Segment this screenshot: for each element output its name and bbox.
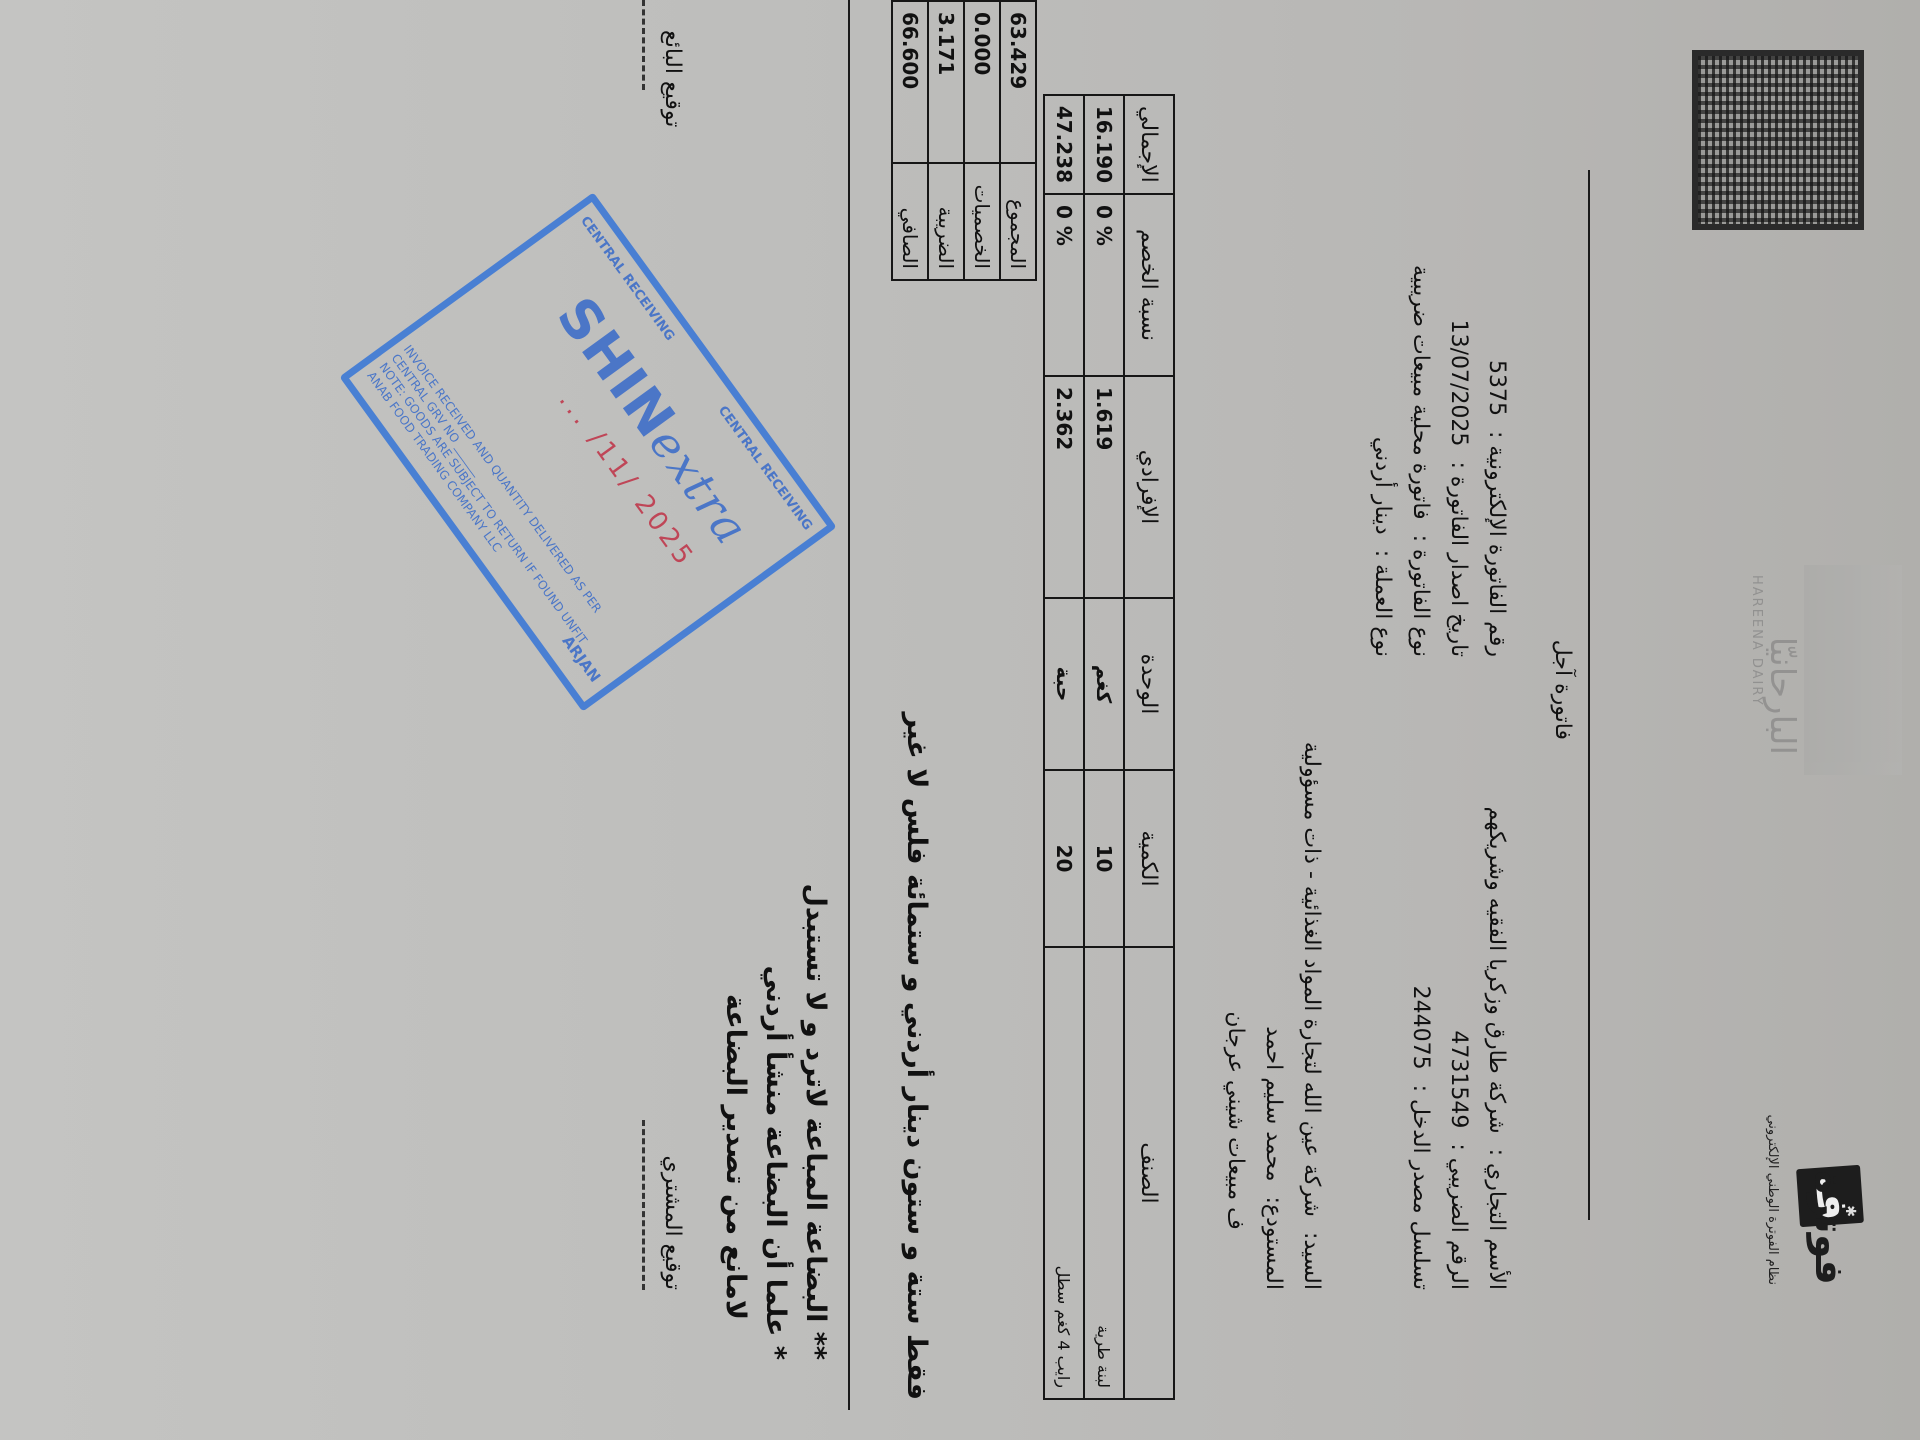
income-seq-row: تسلسل مصدر الدخل : 244075 — [1401, 806, 1439, 1290]
seller-name-row: الأسم التجاري : شركة طارق وزكريا الفقيه … — [1477, 806, 1515, 1290]
seller-name-label: الأسم التجاري : — [1484, 1149, 1509, 1290]
discounts-label: الخصميات — [964, 163, 1000, 280]
col-qty: الكمية — [1124, 770, 1174, 947]
col-total: الإجمالي — [1124, 95, 1174, 194]
warehouse-row: المستودع: محمد سليم احمد — [1254, 742, 1292, 1290]
item-unit-price: 1.619 — [1084, 376, 1124, 598]
invoice-type: فاتورة محلية مبيعات ضريبية — [1408, 265, 1433, 520]
invoice-date-label: تاريخ اصدار الفاتورة : — [1446, 461, 1471, 657]
sum-label: المجموع — [1000, 163, 1036, 280]
warehouse-label: المستودع: — [1261, 1197, 1286, 1291]
item-total: 47.238 — [1044, 95, 1084, 194]
income-seq: 244075 — [1408, 986, 1433, 1070]
item-unit: كغم — [1084, 598, 1124, 770]
currency-row: نوع العملة : دينار أردني — [1363, 265, 1401, 657]
invoice-number-label: رقم الفاتورة الإلكترونية : — [1484, 431, 1509, 657]
note-origin: * علما أن البضاعة منشأ أردني — [755, 883, 795, 1360]
seller-name: شركة طارق وزكريا الفقيه وشريكهم — [1484, 806, 1509, 1133]
total-row-tax: الضريبة 3.171 — [928, 1, 964, 280]
tax-label: الضريبة — [928, 163, 964, 280]
amount-in-words: فقط ستة و ستون دينار أردني و ستمائة فلس … — [901, 713, 932, 1400]
seller-signature-line — [642, 0, 645, 90]
cow-image-icon — [1804, 565, 1902, 775]
item-name: رايب 4 كغم سطل — [1044, 947, 1084, 1399]
invoice-number: 5375 — [1484, 360, 1509, 416]
income-seq-label: تسلسل مصدر الدخل : — [1408, 1085, 1433, 1290]
col-discount: نسبة الخصم — [1124, 194, 1174, 376]
dairy-logo: البارحانيّا HAREENA DAIRY — [1752, 565, 1902, 775]
tax-number-row: الرقم الضريبي : 4731549 — [1439, 806, 1477, 1290]
invoice-notes: ** البضاعة المباعة لاترد و لا تستبدل * ع… — [715, 883, 835, 1360]
invoice-title: فاتورة آجل — [1550, 640, 1575, 740]
totals-table: المجموع 63.429 الخصميات 0.000 الضريبة 3.… — [891, 0, 1037, 281]
tax-number: 4731549 — [1446, 1030, 1471, 1128]
seller-info: الأسم التجاري : شركة طارق وزكريا الفقيه … — [1401, 806, 1515, 1290]
dairy-logo-english: HAREENA DAIRY — [1749, 575, 1764, 707]
dairy-logo-arabic: البارحانيّا — [1762, 637, 1802, 755]
col-item: الصنف — [1124, 947, 1174, 1399]
customer-name: شركة عين الله لتجارة المواد الغذائية - ذ… — [1299, 742, 1324, 1217]
customer-row: السيد: شركة عين الله لتجارة المواد الغذا… — [1292, 742, 1330, 1290]
invoice-type-label: نوع الفاتورة : — [1408, 535, 1433, 657]
item-unit-price: 2.362 — [1044, 376, 1084, 598]
sum-value: 63.429 — [1000, 1, 1036, 163]
total-row-net: الصافي 66.600 — [892, 1, 928, 280]
customer-label: السيد: — [1299, 1232, 1324, 1290]
total-row-sum: المجموع 63.429 — [1000, 1, 1036, 280]
buyer-signature-label: توقيع المشتري — [660, 1155, 685, 1290]
currency-label: نوع العملة : — [1370, 550, 1395, 657]
invoice-date: 13/07/2025 — [1446, 320, 1471, 447]
item-discount: 0 % — [1044, 194, 1084, 376]
currency: دينار أردني — [1370, 437, 1395, 535]
invoice-date-row: تاريخ اصدار الفاتورة : 13/07/2025 — [1439, 265, 1477, 657]
col-unit-price: الإفرادي — [1124, 376, 1174, 598]
section-divider — [848, 0, 850, 1410]
invoice-page: ف ✱ فوترة نظام الفوترة الوطني الإلكتروني… — [0, 0, 1920, 1440]
note-no-return: ** البضاعة المباعة لاترد و لا تستبدل — [795, 883, 835, 1360]
fawtara-logo-text: فوترة — [1806, 1170, 1852, 1285]
tax-number-label: الرقم الضريبي : — [1446, 1143, 1471, 1290]
col-unit: الوحدة — [1124, 598, 1174, 770]
net-label: الصافي — [892, 163, 928, 280]
header-divider — [1588, 170, 1590, 1220]
qr-code-icon — [1692, 50, 1864, 230]
invoice-type-row: نوع الفاتورة : فاتورة محلية مبيعات ضريبي… — [1401, 265, 1439, 657]
location-row: ف مبيعات شيني عرجان — [1216, 742, 1254, 1230]
buyer-signature-line — [642, 1120, 645, 1290]
receiving-stamp: CENTRAL RECEIVING CENTRAL RECEIVING SHIN… — [339, 192, 836, 711]
item-qty: 10 — [1084, 770, 1124, 947]
table-row: رايب 4 كغم سطل 20 حبة 2.362 0 % 47.238 — [1044, 95, 1084, 1399]
discounts-value: 0.000 — [964, 1, 1000, 163]
sales-location: ف مبيعات شيني عرجان — [1223, 1011, 1248, 1230]
item-name: لبنة طرية — [1084, 947, 1124, 1399]
warehouse-name: محمد سليم احمد — [1261, 1026, 1286, 1181]
buyer-info: السيد: شركة عين الله لتجارة المواد الغذا… — [1216, 742, 1330, 1290]
tax-value: 3.171 — [928, 1, 964, 163]
items-table: الصنف الكمية الوحدة الإفرادي نسبة الخصم … — [1043, 94, 1175, 1400]
total-row-discounts: الخصميات 0.000 — [964, 1, 1000, 280]
item-unit: حبة — [1044, 598, 1084, 770]
note-export: لامانع من تصدير البضاعة — [715, 883, 755, 1320]
item-qty: 20 — [1044, 770, 1084, 947]
invoice-meta: رقم الفاتورة الإلكترونية : 5375 تاريخ اص… — [1363, 265, 1515, 657]
invoice-number-row: رقم الفاتورة الإلكترونية : 5375 — [1477, 265, 1515, 657]
fawtara-logo-subtitle: نظام الفوترة الوطني الإلكتروني — [1765, 1114, 1780, 1285]
item-discount: 0 % — [1084, 194, 1124, 376]
fawtara-logo: ف ✱ فوترة نظام الفوترة الوطني الإلكتروني — [1752, 1135, 1862, 1285]
item-total: 16.190 — [1084, 95, 1124, 194]
table-row: لبنة طرية 10 كغم 1.619 0 % 16.190 — [1084, 95, 1124, 1399]
items-header-row: الصنف الكمية الوحدة الإفرادي نسبة الخصم … — [1124, 95, 1174, 1399]
seller-signature-label: توقيع البائع — [660, 30, 685, 127]
net-value: 66.600 — [892, 1, 928, 163]
